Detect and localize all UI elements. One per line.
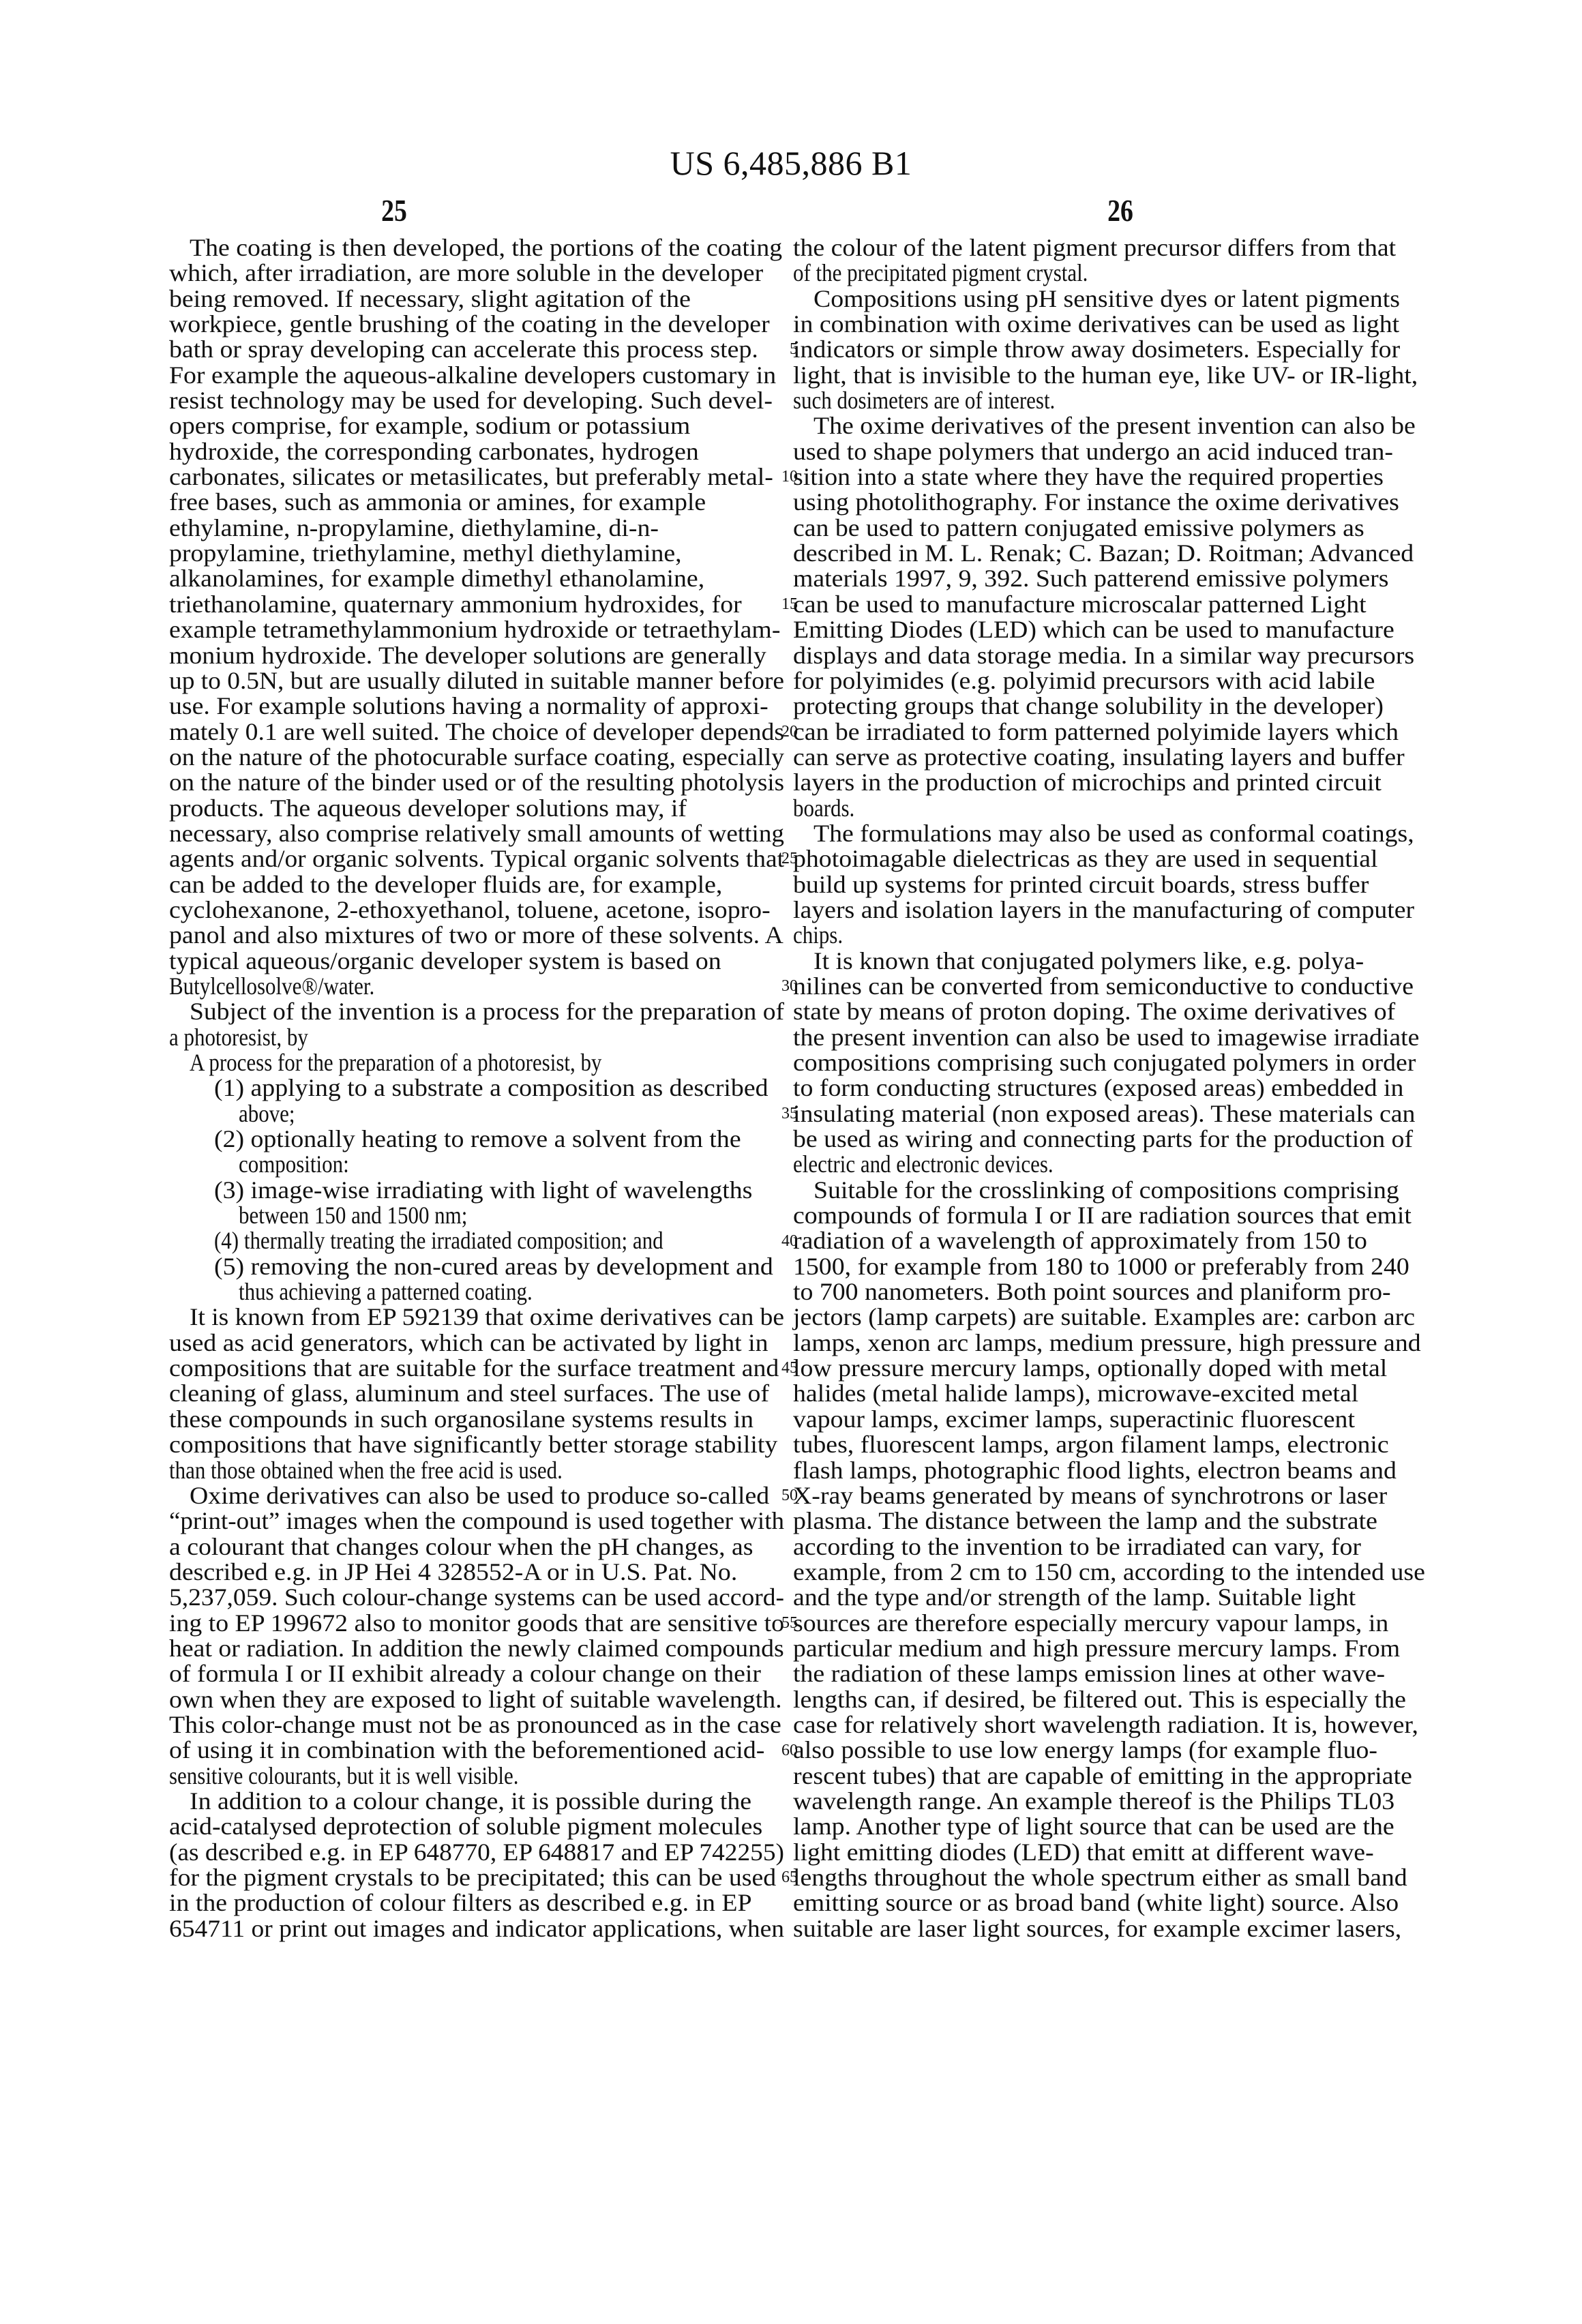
text-line: monium hydroxide. The developer solution… [169,643,784,668]
text-line: For example the aqueous-alkaline develop… [169,363,784,388]
text-line-content: cleaning of glass, aluminum and steel su… [169,1381,769,1406]
text-line-content: can be added to the developer fluids are… [169,872,722,897]
text-line-content: on the nature of the binder used or of t… [169,770,784,795]
text-line: lengths can, if desired, be filtered out… [793,1687,1444,1712]
text-line-content: than those obtained when the free acid i… [169,1458,563,1483]
text-line: of the precipitated pigment crystal. [793,260,1444,286]
text-line: cyclohexanone, 2-ethoxyethanol, toluene,… [169,897,784,923]
text-line: necessary, also comprise relatively smal… [169,821,784,846]
text-line-content: ing to EP 199672 also to monitor goods t… [169,1611,784,1636]
text-line: example, from 2 cm to 150 cm, according … [793,1560,1444,1585]
text-line: nilines can be converted from semiconduc… [793,974,1444,999]
text-line: photoimagable dielectricas as they are u… [793,846,1444,871]
text-line: compositions comprising such conjugated … [793,1050,1444,1075]
text-line-content: composition: [239,1152,349,1177]
text-line: than those obtained when the free acid i… [169,1458,784,1483]
text-line: halides (metal halide lamps), microwave-… [793,1381,1444,1406]
text-line: a colourant that changes colour when the… [169,1534,784,1560]
text-line-content: (as described e.g. in EP 648770, EP 6488… [169,1840,784,1865]
text-line-content: the radiation of these lamps emission li… [793,1661,1385,1686]
text-line-content: used to shape polymers that undergo an a… [793,439,1393,464]
text-line: build up systems for printed circuit boa… [793,872,1444,897]
text-line-content: tubes, fluorescent lamps, argon filament… [793,1432,1389,1457]
text-line: Suitable for the crosslinking of composi… [793,1178,1444,1203]
text-line-content: Suitable for the crosslinking of composi… [814,1178,1399,1203]
text-line: composition: [169,1152,784,1177]
text-line-content: For example the aqueous-alkaline develop… [169,363,776,388]
text-line-content: It is known from EP 592139 that oxime de… [190,1305,784,1330]
text-line: jectors (lamp carpets) are suitable. Exa… [793,1305,1444,1330]
text-line-content: propylamine, triethylamine, methyl dieth… [169,541,682,566]
text-line: which, after irradiation, are more solub… [169,260,784,286]
text-line-content: thus achieving a patterned coating. [239,1279,533,1305]
text-line-content: ethylamine, n-propylamine, diethylamine,… [169,516,659,541]
text-line: Butylcellosolve®/water. [169,974,784,999]
text-line-content: for polyimides (e.g. polyimid precursors… [793,668,1375,694]
text-line-content: also possible to use low energy lamps (f… [793,1738,1377,1763]
left-text-column: The coating is then developed, the porti… [169,235,784,1941]
text-line: state by means of proton doping. The oxi… [793,999,1444,1024]
text-line-content: 654711 or print out images and indicator… [169,1916,784,1941]
text-line: plasma. The distance between the lamp an… [793,1508,1444,1534]
text-line-content: The coating is then developed, the porti… [190,235,782,260]
text-line-content: used as acid generators, which can be ac… [169,1330,768,1356]
text-line-content: workpiece, gentle brushing of the coatin… [169,312,770,337]
text-line: A process for the preparation of a photo… [169,1050,784,1075]
text-line: cleaning of glass, aluminum and steel su… [169,1381,784,1406]
text-line: light, that is invisible to the human ey… [793,363,1444,388]
text-line-content: layers and isolation layers in the manuf… [793,897,1414,923]
text-line: (5) removing the non-cured areas by deve… [169,1254,784,1279]
text-line: 654711 or print out images and indicator… [169,1916,784,1941]
text-line-content: halides (metal halide lamps), microwave-… [793,1381,1358,1406]
text-line-content: materials 1997, 9, 392. Such patterend e… [793,566,1388,591]
text-line-content: to form conducting structures (exposed a… [793,1075,1403,1101]
text-line: alkanolamines, for example dimethyl etha… [169,566,784,591]
text-line: lamps, xenon arc lamps, medium pressure,… [793,1330,1444,1356]
text-line: displays and data storage media. In a si… [793,643,1444,668]
text-line: can be irradiated to form patterned poly… [793,719,1444,745]
text-line-content: sources are therefore especially mercury… [793,1611,1388,1636]
text-line: ethylamine, n-propylamine, diethylamine,… [169,516,784,541]
text-line-content: It is known that conjugated polymers lik… [814,949,1364,974]
text-line-content: in combination with oxime derivatives ca… [793,312,1399,337]
text-line-content: particular medium and high pressure merc… [793,1636,1400,1661]
text-line: (1) applying to a substrate a compositio… [169,1075,784,1101]
text-line-content: own when they are exposed to light of su… [169,1687,782,1712]
text-line-content: 5,237,059. Such colour-change systems ca… [169,1585,784,1610]
text-line-content: sensitive colourants, but it is well vis… [169,1763,519,1789]
text-line-content: panol and also mixtures of two or more o… [169,923,783,948]
right-text-column: the colour of the latent pigment precurs… [793,235,1444,1941]
text-line: The oxime derivatives of the present inv… [793,413,1444,438]
text-line-content: Emitting Diodes (LED) which can be used … [793,617,1394,642]
text-line-content: compositions comprising such conjugated … [793,1050,1416,1075]
text-line: mately 0.1 are well suited. The choice o… [169,719,784,745]
text-line-content: “print-out” images when the compound is … [169,1508,784,1534]
text-line-content: (4) thermally treating the irradiated co… [214,1228,663,1253]
text-line-content: nilines can be converted from semiconduc… [793,974,1414,999]
text-line: triethanolamine, quaternary ammonium hyd… [169,592,784,617]
text-line-content: using photolithography. For instance the… [793,490,1399,515]
text-line: Subject of the invention is a process fo… [169,999,784,1024]
text-line-content: up to 0.5N, but are usually diluted in s… [169,668,784,694]
text-line: lamp. Another type of light source that … [793,1814,1444,1839]
text-line: low pressure mercury lamps, optionally d… [793,1356,1444,1381]
text-line-content: use. For example solutions having a norm… [169,694,768,719]
text-line-content: alkanolamines, for example dimethyl etha… [169,566,704,591]
text-line: for the pigment crystals to be precipita… [169,1865,784,1890]
text-line: described in M. L. Renak; C. Bazan; D. R… [793,541,1444,566]
text-line: bath or spray developing can accelerate … [169,337,784,362]
text-line-content: layers in the production of microchips a… [793,770,1382,795]
text-line: be used as wiring and connecting parts f… [793,1127,1444,1152]
text-line: used to shape polymers that undergo an a… [793,439,1444,464]
text-line-content: The formulations may also be used as con… [814,821,1414,846]
text-line-content: displays and data storage media. In a si… [793,643,1414,668]
text-line: agents and/or organic solvents. Typical … [169,846,784,871]
text-line: of formula I or II exhibit already a col… [169,1661,784,1686]
text-line: the radiation of these lamps emission li… [793,1661,1444,1686]
text-line: between 150 and 1500 nm; [169,1203,784,1228]
text-line: and the type and/or strength of the lamp… [793,1585,1444,1610]
text-line-content: compositions that are suitable for the s… [169,1356,779,1381]
text-line-content: of formula I or II exhibit already a col… [169,1661,761,1686]
text-line-content: light, that is invisible to the human ey… [793,363,1418,388]
text-line: tubes, fluorescent lamps, argon filament… [793,1432,1444,1457]
text-line-content: In addition to a colour change, it is po… [190,1789,751,1814]
text-line-content: light emitting diodes (LED) that emitt a… [793,1840,1374,1865]
text-line: It is known that conjugated polymers lik… [793,949,1444,974]
text-line-content: can be used to pattern conjugated emissi… [793,516,1364,541]
text-line-content: carbonates, silicates or metasilicates, … [169,464,773,490]
text-line: a photoresist, by [169,1025,784,1050]
text-line-content: above; [239,1101,295,1127]
text-line-content: (3) image-wise irradiating with light of… [214,1178,752,1203]
text-line: compositions that are suitable for the s… [169,1356,784,1381]
text-line-content: suitable are laser light sources, for ex… [793,1916,1401,1941]
text-line-content: electric and electronic devices. [793,1152,1054,1177]
left-column-number: 25 [361,192,428,228]
text-line-content: resist technology may be used for develo… [169,388,773,413]
text-line-content: boards. [793,796,854,821]
text-line-content: A process for the preparation of a photo… [190,1050,601,1075]
text-line: compounds of formula I or II are radiati… [793,1203,1444,1228]
text-line-content: radiation of a wavelength of approximate… [793,1228,1367,1253]
text-line: X-ray beams generated by means of synchr… [793,1483,1444,1508]
text-line: emitting source or as broad band (white … [793,1890,1444,1916]
text-line-content: cyclohexanone, 2-ethoxyethanol, toluene,… [169,897,771,923]
text-line-content: lamp. Another type of light source that … [793,1814,1394,1839]
text-line-content: lengths throughout the whole spectrum ei… [793,1865,1407,1890]
text-line-content: between 150 and 1500 nm; [239,1203,467,1228]
text-line-content: necessary, also comprise relatively smal… [169,821,784,846]
text-line-content: protecting groups that change solubility… [793,694,1384,719]
text-line-content: This color-change must not be as pronoun… [169,1712,781,1738]
text-line-content: lamps, xenon arc lamps, medium pressure,… [793,1330,1421,1356]
text-line: (3) image-wise irradiating with light of… [169,1178,784,1203]
text-line-content: these compounds in such organosilane sys… [169,1407,753,1432]
text-line-content: bath or spray developing can accelerate … [169,337,758,362]
text-line-content: typical aqueous/organic developer system… [169,949,721,974]
text-line: free bases, such as ammonia or amines, f… [169,490,784,515]
text-line-content: and the type and/or strength of the lamp… [793,1585,1356,1610]
text-line-content: can serve as protective coating, insulat… [793,745,1405,770]
text-line-content: photoimagable dielectricas as they are u… [793,846,1378,871]
text-line: layers in the production of microchips a… [793,770,1444,795]
text-line-content: jectors (lamp carpets) are suitable. Exa… [793,1305,1415,1330]
text-line: chips. [793,923,1444,948]
text-line-content: mately 0.1 are well suited. The choice o… [169,719,784,745]
text-line: can be used to manufacture microscalar p… [793,592,1444,617]
text-line-content: described in M. L. Renak; C. Bazan; D. R… [793,541,1414,566]
text-line-content: a colourant that changes colour when the… [169,1534,753,1560]
text-line: (as described e.g. in EP 648770, EP 6488… [169,1840,784,1865]
text-line-content: example tetramethylammonium hydroxide or… [169,617,780,642]
text-line: also possible to use low energy lamps (f… [793,1738,1444,1763]
text-line: carbonates, silicates or metasilicates, … [169,464,784,490]
text-line: example tetramethylammonium hydroxide or… [169,617,784,642]
text-line-content: in the production of colour filters as d… [169,1890,751,1916]
text-line-content: vapour lamps, excimer lamps, superactini… [793,1407,1355,1432]
text-line-content: plasma. The distance between the lamp an… [793,1508,1377,1534]
text-line-content: can be used to manufacture microscalar p… [793,592,1367,617]
text-line-content: a photoresist, by [169,1025,308,1050]
text-line-content: described e.g. in JP Hei 4 328552-A or i… [169,1560,737,1585]
text-line: to 700 nanometers. Both point sources an… [793,1279,1444,1305]
text-line-content: acid-catalysed deprotection of soluble p… [169,1814,762,1839]
text-line: wavelength range. An example thereof is … [793,1789,1444,1814]
text-line: own when they are exposed to light of su… [169,1687,784,1712]
text-line-content: of the precipitated pigment crystal. [793,260,1088,286]
text-line: on the nature of the photocurable surfac… [169,745,784,770]
text-line: up to 0.5N, but are usually diluted in s… [169,668,784,694]
text-line: It is known from EP 592139 that oxime de… [169,1305,784,1330]
text-line-content: (5) removing the non-cured areas by deve… [214,1254,773,1279]
text-line: in the production of colour filters as d… [169,1890,784,1916]
text-line: can be added to the developer fluids are… [169,872,784,897]
text-line-content: can be irradiated to form patterned poly… [793,719,1399,745]
text-line-content: products. The aqueous developer solution… [169,796,687,821]
text-line: case for relatively short wavelength rad… [793,1712,1444,1738]
text-line: used as acid generators, which can be ac… [169,1330,784,1356]
text-line: “print-out” images when the compound is … [169,1508,784,1534]
text-line: rescent tubes) that are capable of emitt… [793,1763,1444,1789]
text-line: above; [169,1101,784,1127]
text-line: hydroxide, the corresponding carbonates,… [169,439,784,464]
text-line: Compositions using pH sensitive dyes or … [793,286,1444,312]
text-line: boards. [793,796,1444,821]
text-line: can serve as protective coating, insulat… [793,745,1444,770]
text-line: indicators or simple throw away dosimete… [793,337,1444,362]
text-line: these compounds in such organosilane sys… [169,1407,784,1432]
text-line-content: the present invention can also be used t… [793,1025,1419,1050]
text-line-content: indicators or simple throw away dosimete… [793,337,1400,362]
text-line-content: agents and/or organic solvents. Typical … [169,846,784,871]
text-line-content: Compositions using pH sensitive dyes or … [814,286,1400,312]
text-line-content: flash lamps, photographic flood lights, … [793,1458,1397,1483]
text-line: This color-change must not be as pronoun… [169,1712,784,1738]
text-line-content: case for relatively short wavelength rad… [793,1712,1418,1738]
text-line: being removed. If necessary, slight agit… [169,286,784,312]
text-line: radiation of a wavelength of approximate… [793,1228,1444,1253]
text-line: insulating material (non exposed areas).… [793,1101,1444,1127]
text-line-content: emitting source or as broad band (white … [793,1890,1399,1916]
text-line: propylamine, triethylamine, methyl dieth… [169,541,784,566]
text-line-content: triethanolamine, quaternary ammonium hyd… [169,592,742,617]
text-line: thus achieving a patterned coating. [169,1279,784,1305]
text-line: workpiece, gentle brushing of the coatin… [169,312,784,337]
text-line: to form conducting structures (exposed a… [793,1075,1444,1101]
text-line: described e.g. in JP Hei 4 328552-A or i… [169,1560,784,1585]
text-line: light emitting diodes (LED) that emitt a… [793,1840,1444,1865]
text-line-content: be used as wiring and connecting parts f… [793,1127,1413,1152]
text-line-content: (1) applying to a substrate a compositio… [214,1075,768,1101]
text-line-content: free bases, such as ammonia or amines, f… [169,490,706,515]
right-column-number: 26 [1087,192,1154,228]
text-line: heat or radiation. In addition the newly… [169,1636,784,1661]
text-line: on the nature of the binder used or of t… [169,770,784,795]
text-line: lengths throughout the whole spectrum ei… [793,1865,1444,1890]
text-line: use. For example solutions having a norm… [169,694,784,719]
text-line: In addition to a colour change, it is po… [169,1789,784,1814]
text-line: such dosimeters are of interest. [793,388,1444,413]
text-line-content: low pressure mercury lamps, optionally d… [793,1356,1387,1381]
text-line: according to the invention to be irradia… [793,1534,1444,1560]
text-line-content: 1500, for example from 180 to 1000 or pr… [793,1254,1409,1279]
text-line-content: for the pigment crystals to be precipita… [169,1865,776,1890]
text-line-content: hydroxide, the corresponding carbonates,… [169,439,699,464]
text-line-content: compositions that have significantly bet… [169,1432,777,1457]
text-line: Emitting Diodes (LED) which can be used … [793,617,1444,642]
text-line: compositions that have significantly bet… [169,1432,784,1457]
text-line-content: heat or radiation. In addition the newly… [169,1636,784,1661]
text-line-content: being removed. If necessary, slight agit… [169,286,691,312]
text-line: suitable are laser light sources, for ex… [793,1916,1444,1941]
text-line-content: insulating material (non exposed areas).… [793,1101,1415,1127]
text-line: materials 1997, 9, 392. Such patterend e… [793,566,1444,591]
text-line: in combination with oxime derivatives ca… [793,312,1444,337]
text-line: The formulations may also be used as con… [793,821,1444,846]
text-line: resist technology may be used for develo… [169,388,784,413]
text-line: acid-catalysed deprotection of soluble p… [169,1814,784,1839]
text-line: products. The aqueous developer solution… [169,796,784,821]
text-line: the colour of the latent pigment precurs… [793,235,1444,260]
text-line: electric and electronic devices. [793,1152,1444,1177]
text-line-content: Oxime derivatives can also be used to pr… [190,1483,769,1508]
text-line-content: lengths can, if desired, be filtered out… [793,1687,1406,1712]
text-line-content: build up systems for printed circuit boa… [793,872,1369,897]
text-line-content: Butylcellosolve®/water. [169,974,374,999]
text-line-content: Subject of the invention is a process fo… [190,999,784,1024]
text-line: Oxime derivatives can also be used to pr… [169,1483,784,1508]
text-line-content: to 700 nanometers. Both point sources an… [793,1279,1391,1305]
text-line: flash lamps, photographic flood lights, … [793,1458,1444,1483]
text-line-content: example, from 2 cm to 150 cm, according … [793,1560,1425,1585]
text-line: using photolithography. For instance the… [793,490,1444,515]
text-line: (2) optionally heating to remove a solve… [169,1127,784,1152]
patent-number-header: US 6,485,886 B1 [0,143,1582,183]
text-line: typical aqueous/organic developer system… [169,949,784,974]
text-line-content: sition into a state where they have the … [793,464,1384,490]
text-line: opers comprise, for example, sodium or p… [169,413,784,438]
text-line-content: on the nature of the photocurable surfac… [169,745,784,770]
text-line: 1500, for example from 180 to 1000 or pr… [793,1254,1444,1279]
text-line-content: (2) optionally heating to remove a solve… [214,1127,741,1152]
text-line-content: compounds of formula I or II are radiati… [793,1203,1412,1228]
text-line: layers and isolation layers in the manuf… [793,897,1444,923]
text-line-content: the colour of the latent pigment precurs… [793,235,1396,260]
text-line-content: wavelength range. An example thereof is … [793,1789,1394,1814]
text-line: sition into a state where they have the … [793,464,1444,490]
text-line: sources are therefore especially mercury… [793,1611,1444,1636]
text-line-content: opers comprise, for example, sodium or p… [169,413,690,438]
text-line-content: The oxime derivatives of the present inv… [814,413,1416,438]
patent-page: US 6,485,886 B1 25 26 The coating is the… [0,0,1582,2324]
text-line: ing to EP 199672 also to monitor goods t… [169,1611,784,1636]
text-line: particular medium and high pressure merc… [793,1636,1444,1661]
text-line-content: which, after irradiation, are more solub… [169,260,763,286]
text-line: protecting groups that change solubility… [793,694,1444,719]
text-line-content: X-ray beams generated by means of synchr… [793,1483,1387,1508]
text-line-content: of using it in combination with the befo… [169,1738,764,1763]
text-line-content: chips. [793,923,843,948]
text-line: for polyimides (e.g. polyimid precursors… [793,668,1444,694]
text-line: panol and also mixtures of two or more o… [169,923,784,948]
text-line-content: according to the invention to be irradia… [793,1534,1361,1560]
text-line: of using it in combination with the befo… [169,1738,784,1763]
text-line-content: monium hydroxide. The developer solution… [169,643,766,668]
text-line: 5,237,059. Such colour-change systems ca… [169,1585,784,1610]
text-line-content: rescent tubes) that are capable of emitt… [793,1763,1412,1789]
text-line: The coating is then developed, the porti… [169,235,784,260]
text-line-content: state by means of proton doping. The oxi… [793,999,1395,1024]
text-line: (4) thermally treating the irradiated co… [169,1228,784,1253]
text-line-content: such dosimeters are of interest. [793,388,1055,413]
text-line: sensitive colourants, but it is well vis… [169,1763,784,1789]
text-line: vapour lamps, excimer lamps, superactini… [793,1407,1444,1432]
text-line: can be used to pattern conjugated emissi… [793,516,1444,541]
text-line: the present invention can also be used t… [793,1025,1444,1050]
